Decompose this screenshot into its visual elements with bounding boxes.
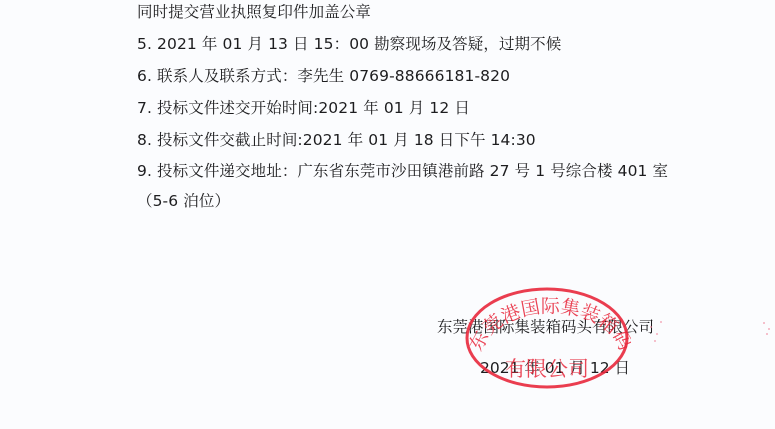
text-line-item-8: 8. 投标文件交截止时间:2021 年 01 月 18 日下午 14:30 [137, 130, 536, 150]
text-line-item-9: 9. 投标文件递交地址：广东省东莞市沙田镇港前路 27 号 1 号综合楼 401… [137, 161, 668, 181]
stamp-speck [660, 321, 662, 323]
document-page: 同时提交营业执照复印件加盖公章 5. 2021 年 01 月 13 日 15：0… [0, 0, 775, 429]
company-seal-stamp: 东莞港国际集装箱码头 有限公司 [463, 286, 631, 390]
text-line-berth: （5-6 泊位） [137, 191, 230, 211]
stamp-speck [656, 333, 658, 335]
stamp-speck [650, 326, 652, 328]
text-line-item-5: 5. 2021 年 01 月 13 日 15：00 勘察现场及答疑，过期不候 [137, 34, 561, 54]
text-line-item-6: 6. 联系人及联系方式：李先生 0769-88666181-820 [137, 66, 510, 86]
stamp-speck [766, 333, 768, 335]
stamp-center-text: 有限公司 [505, 357, 589, 381]
text-line-1: 同时提交营业执照复印件加盖公章 [137, 2, 371, 22]
stamp-speck [763, 322, 765, 324]
stamp-speck [768, 328, 770, 330]
stamp-speck [654, 340, 656, 342]
stamp-arc-text: 东莞港国际集装箱码头 [463, 286, 631, 355]
text-line-item-7: 7. 投标文件述交开始时间:2021 年 01 月 12 日 [137, 98, 470, 118]
